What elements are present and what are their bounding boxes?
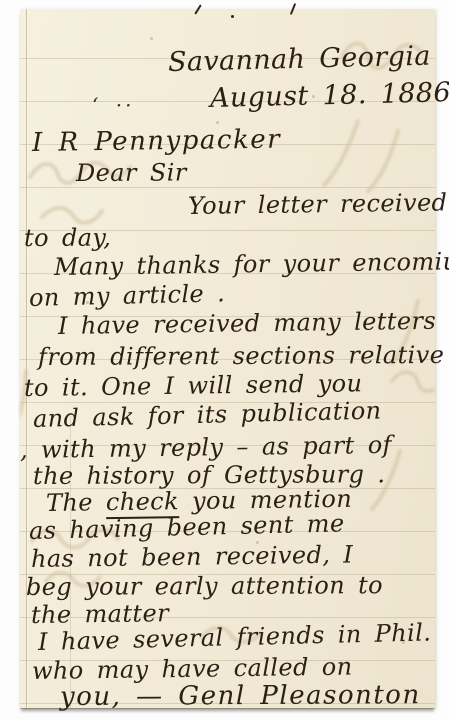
letter-line: Your letter received [188,187,448,221]
paper-speck [216,121,219,124]
letter-line: Many thanks for your encomium, [54,246,449,282]
ditto-mark: ‘ ·· [92,90,134,120]
dateline-place: Savannah Georgia [168,42,432,78]
letter-line: from different sections relative [38,340,444,372]
salutation: Dear Sir [76,157,187,188]
ink-fleck [231,15,234,18]
letter-line: you, — Genl Pleasonton [60,680,421,712]
dateline-date: August 18. 1886 [210,78,449,114]
letter-line: on my article . [29,278,226,313]
recipient-name: I R Pennypacker [32,125,281,158]
photo-background: Savannah Georgia August 18. 1886 ‘ ·· I … [0,0,449,720]
letter-line: I have received many letters [58,306,436,341]
check-line-prefix: The [46,488,106,517]
letter-line: beg your early attention to [26,570,383,602]
letter-line: to day, [24,223,111,253]
letter-line: has not been received, I [31,540,354,574]
paper-speck [150,37,153,40]
